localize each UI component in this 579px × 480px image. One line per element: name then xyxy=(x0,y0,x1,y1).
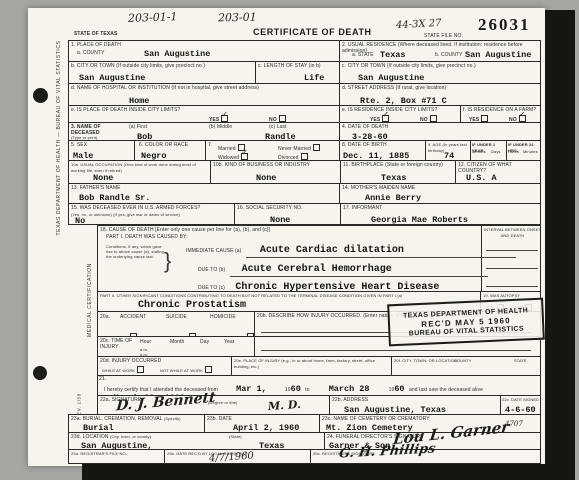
field-usual-occupation: 10a. USUAL OCCUPATION (Give kind of work… xyxy=(68,160,211,184)
field-if-under-24-hrs: IF UNDER 24 HRS. Hours Minutes xyxy=(506,140,541,161)
under-24-hrs-minutes-label: Minutes xyxy=(523,149,538,155)
scanned-death-certificate: 203-01-1 203-01 STATE OF TEXAS CERTIFICA… xyxy=(0,0,579,480)
punch-hole-bottom xyxy=(33,366,47,380)
received-stamp: TEXAS DEPARTMENT OF HEALTH REC'D MAY 5 1… xyxy=(387,298,545,347)
middle-name-label: (b) Middle xyxy=(209,124,232,130)
scan-bottom-band xyxy=(82,464,575,480)
last-name-label: (c) Last xyxy=(269,124,286,130)
date-recd-value: 4/7/1960 xyxy=(209,450,255,464)
field-physician-address: 22b. ADDRESS San Augustine, Texas xyxy=(329,395,501,415)
never-married-label: Never Married xyxy=(278,146,311,152)
never-married-checkbox xyxy=(313,144,320,151)
death-city-limits-yes-checkbox xyxy=(221,115,228,122)
residence-state-value: Texas xyxy=(380,50,406,60)
under-1-year-days-label: Days xyxy=(491,149,501,155)
race-label: 6. COLOR OR RACE xyxy=(139,142,188,148)
location-sub-label: (City, town, or county) xyxy=(110,434,151,439)
field-city-of-residence: c. CITY OR TOWN (If outside city limits,… xyxy=(339,61,541,84)
field-armed-forces: 15. WAS DECEASED EVER IN U.S. ARMED FORC… xyxy=(68,203,235,225)
field-social-security-no: 16. SOCIAL SECURITY NO. None xyxy=(234,203,341,225)
mother-label: 14. MOTHER'S MAIDEN NAME xyxy=(342,185,415,191)
injury-occurred-label: 20d. INJURY OCCURRED xyxy=(100,358,161,364)
handwritten-code-1: 203-01-1 xyxy=(128,10,178,25)
injury-state-label: STATE xyxy=(514,358,527,364)
armed-forces-label: 15. WAS DECEASED EVER IN U.S. ARMED FORC… xyxy=(71,205,233,211)
field-street-address: d. STREET ADDRESS (If rural, give locati… xyxy=(339,83,541,106)
field-registrar-signature: 25c. REGISTRAR'S SIGNATURE G. H. Phillip… xyxy=(310,449,541,464)
length-of-stay-label: c. LENGTH OF STAY (in b) xyxy=(258,63,338,69)
widowed-checkbox xyxy=(241,153,248,160)
field-registrar-file-no: 25a. REGISTRAR'S FILE NO. xyxy=(68,449,165,464)
field-fathers-name: 13. FATHER'S NAME Bob Randle Sr. xyxy=(68,183,340,204)
field-time-of-injury: 20c. TIME OF INJURY Hour Month Day Year … xyxy=(97,336,255,357)
city-of-death-value: San Augustine xyxy=(79,73,145,83)
year-label: Year xyxy=(224,339,235,345)
homicide-label: HOMICIDE xyxy=(210,314,236,320)
length-of-stay-value: Life xyxy=(304,73,324,83)
field-death-inside-city-limits: e. IS PLACE OF DEATH INSIDE CITY LIMITS?… xyxy=(68,105,340,123)
place-of-death-label: 1. PLACE OF DEATH xyxy=(71,42,121,48)
field-place-of-injury: 20e. PLACE OF INJURY (e.g., in or about … xyxy=(231,356,392,376)
brace-glyph: } xyxy=(164,248,171,274)
occupation-value: None xyxy=(93,173,113,183)
side-dept-label: TEXAS DEPARTMENT OF HEALTH — BUREAU OF V… xyxy=(56,41,62,236)
part2-label: PART II. OTHER SIGNIFICANT CONDITIONS CO… xyxy=(100,293,478,299)
physician-degree-script: M. D. xyxy=(268,398,302,413)
divorced-checkbox xyxy=(301,153,308,160)
field-sex: 5. SEX Male xyxy=(68,140,135,161)
residence-county-value: San Augustine xyxy=(465,50,531,60)
injury-county-label: COUNTY xyxy=(454,358,472,364)
field-age: 9. AGE (In years last birthday) 74 xyxy=(425,140,471,161)
field-date-recd-registrar: 25b. DATE REC'D BY LOCAL REGISTRAR 4/7/1… xyxy=(164,449,311,464)
field-cause-of-death: 18. CAUSE OF DEATH [Enter only one cause… xyxy=(97,225,541,292)
field-place-of-death: 1. PLACE OF DEATH a. COUNTY San Augustin… xyxy=(68,40,340,62)
field-informant: 17. INFORMANT Georgia Mae Roberts xyxy=(340,203,541,225)
location-state-sub-label: (State) xyxy=(229,434,242,440)
field-residence-on-farm: f. IS RESIDENCE ON A FARM? YES NO xyxy=(460,105,541,123)
date-signed-label: 22c. DATE SIGNED xyxy=(502,397,539,403)
under-24-hrs-hours-label: Hours xyxy=(508,149,519,155)
field-physician-signature: 22a. SIGNATURE (Degree or title) D. J. B… xyxy=(97,395,330,415)
hospital-label: d. NAME OF HOSPITAL OR INSTITUTION (If n… xyxy=(71,85,301,91)
residence-county-label: b. COUNTY xyxy=(435,52,463,58)
funeral-director-note: 4707 xyxy=(505,420,523,428)
residence-city-limits-no-checkbox xyxy=(430,115,437,122)
not-while-at-work-label: NOT WHILE AT WORK xyxy=(160,368,203,373)
residence-farm-yes-checkbox xyxy=(481,115,488,122)
state-file-number: 26031 xyxy=(478,15,531,35)
conditions-note-text: Conditions, if any, which gave rise to a… xyxy=(106,244,164,259)
date-of-death-label: 4. DATE OF DEATH xyxy=(342,124,388,130)
state-of-texas-label: STATE OF TEXAS xyxy=(74,31,117,37)
suicide-label: SUICIDE xyxy=(166,314,187,320)
field-city-of-death: b. CITY OR TOWN (If outside city limits,… xyxy=(68,61,256,84)
month-label: Month xyxy=(170,339,184,345)
field-burial-location: 23d. LOCATION (City, town, or county) Sa… xyxy=(68,432,325,450)
father-value: Bob Randle Sr. xyxy=(79,193,150,203)
date-of-birth-label: 8. DATE OF BIRTH xyxy=(342,142,387,148)
mother-value: Annie Berry xyxy=(365,193,421,203)
city-of-residence-value: San Augustine xyxy=(358,73,424,83)
location-label: 23d. LOCATION xyxy=(71,434,109,440)
field-injury-occurred: 20d. INJURY OCCURRED WHILE AT WORK NOT W… xyxy=(97,356,232,376)
field-birthplace: 11. BIRTHPLACE (State or foreign country… xyxy=(340,160,456,184)
ssn-label: 16. SOCIAL SECURITY NO. xyxy=(237,205,303,211)
burial-date-label: 23b. DATE xyxy=(207,416,232,422)
time-of-injury-label: 20c. TIME OF INJURY xyxy=(100,338,134,350)
state-file-no-label: STATE FILE NO. xyxy=(424,33,463,39)
cause-of-death-label: 18. CAUSE OF DEATH [Enter only one cause… xyxy=(100,227,400,233)
sex-label: 5. SEX xyxy=(71,142,87,148)
not-while-at-work-checkbox xyxy=(205,366,212,373)
interval-label: INTERVAL BETWEEN ONSET AND DEATH xyxy=(482,226,543,239)
residence-farm-no-checkbox xyxy=(519,115,526,122)
field-marital-status: 7. Married Never Married Widowed Divorce… xyxy=(205,140,340,161)
part1-label: PART I. DEATH WAS CAUSED BY: xyxy=(106,234,188,240)
certificate-title: CERTIFICATE OF DEATH xyxy=(253,27,372,37)
county-value: San Augustine xyxy=(144,49,210,59)
street-address-label: d. STREET ADDRESS (If rural, give locati… xyxy=(342,85,538,91)
scan-right-band xyxy=(545,10,575,480)
first-name-label: (a) First xyxy=(129,124,147,130)
address-label: 22b. ADDRESS xyxy=(332,397,368,403)
field-usual-residence: 2. USUAL RESIDENCE (Where deceased lived… xyxy=(339,40,541,62)
registrar-file-no-label: 25a. REGISTRAR'S FILE NO. xyxy=(71,451,127,457)
residence-city-limits-yes-checkbox xyxy=(382,115,389,122)
marital-number-label: 7. xyxy=(208,142,212,148)
part2-value: Chronic Prostatism xyxy=(138,300,246,311)
burial-label: 23a. BURIAL, CREMATION, REMOVAL xyxy=(71,416,162,422)
field-date-signed: 22c. DATE SIGNED 4-6-60 xyxy=(500,395,541,415)
cemetery-label: 23c. NAME OF CEMETERY OR CREMATORY xyxy=(322,416,430,422)
birthplace-value: Texas xyxy=(381,173,407,183)
hour-label: Hour xyxy=(140,339,151,345)
immediate-cause-value: Acute Cardiac dilatation xyxy=(260,245,404,256)
informant-label: 17. INFORMANT xyxy=(343,205,382,211)
occupation-label: 10a. USUAL OCCUPATION (Give kind of work… xyxy=(71,162,209,174)
while-at-work-checkbox xyxy=(137,366,144,373)
while-at-work-label: WHILE AT WORK xyxy=(102,368,135,373)
item-20a-label: 20a. xyxy=(100,314,110,320)
field-kind-of-business: 10b. KIND OF BUSINESS OR INDUSTRY None xyxy=(210,160,341,184)
injury-city-label: 20f. CITY, TOWN, OR LOCATION xyxy=(394,358,457,364)
city-of-death-label: b. CITY OR TOWN (If outside city limits,… xyxy=(71,63,253,69)
field-length-of-stay: c. LENGTH OF STAY (in b) Life xyxy=(255,61,340,84)
handwritten-code-2: 203-01 xyxy=(218,11,257,25)
field-date-of-death: 4. DATE OF DEATH 3-28-60 xyxy=(339,122,541,141)
conditions-note: Conditions, if any, which gave rise to a… xyxy=(106,244,164,259)
field-date-of-birth: 8. DATE OF BIRTH Dec. 11, 1885 xyxy=(339,140,426,161)
father-label: 13. FATHER'S NAME xyxy=(71,185,121,191)
residence-state-label: a. STATE xyxy=(352,52,374,58)
married-label: Married xyxy=(218,146,236,152)
field-injury-city-county-state: 20f. CITY, TOWN, OR LOCATION COUNTY STAT… xyxy=(391,356,541,376)
due-to-b-label: DUE TO (b) xyxy=(198,267,225,273)
armed-forces-value: No xyxy=(75,216,85,226)
accident-label: ACCIDENT xyxy=(120,314,146,320)
field-accident-suicide-homicide: 20a. ACCIDENT SUICIDE HOMICIDE xyxy=(97,311,255,337)
side-medical-certification-label: MEDICAL CERTIFICATION xyxy=(87,263,93,337)
due-to-b-value: Acute Cerebral Hemorrhage xyxy=(242,264,392,275)
county-label: a. COUNTY xyxy=(77,50,105,56)
field-color-or-race: 6. COLOR OR RACE Negro xyxy=(134,140,206,161)
field-name-of-deceased: 3. NAME OF DECEASED (Type or print) (a) … xyxy=(68,122,340,141)
immediate-cause-label: IMMEDIATE CAUSE (a) xyxy=(186,248,241,254)
punch-hole-top xyxy=(33,88,48,103)
birthplace-label: 11. BIRTHPLACE (State or foreign country… xyxy=(343,162,453,168)
citizen-value: U.S. A xyxy=(466,173,497,183)
field-citizen-of: 12. CITIZEN OF WHAT COUNTRY? U.S. A xyxy=(455,160,541,184)
business-value: None xyxy=(256,173,276,183)
death-city-limits-label: e. IS PLACE OF DEATH INSIDE CITY LIMITS? xyxy=(71,107,180,113)
field-residence-inside-city-limits: e. IS RESIDENCE INSIDE CITY LIMITS? YES … xyxy=(339,105,461,123)
business-label: 10b. KIND OF BUSINESS OR INDUSTRY xyxy=(213,162,339,168)
field-hospital-or-institution: d. NAME OF HOSPITAL OR INSTITUTION (If n… xyxy=(68,83,340,106)
field-burial-date: 23b. DATE April 2, 1960 xyxy=(204,414,320,433)
day-label: Day xyxy=(200,339,209,345)
field-burial-cremation: 23a. BURIAL, CREMATION, REMOVAL (Specify… xyxy=(68,414,205,433)
informant-value: Georgia Mae Roberts xyxy=(371,215,468,225)
under-1-year-months-label: Months xyxy=(472,149,486,155)
field-mothers-maiden-name: 14. MOTHER'S MAIDEN NAME Annie Berry xyxy=(339,183,541,204)
armed-forces-sub-label: (Yes, no, or unknown) (If yes, give war … xyxy=(71,212,233,218)
place-of-injury-label: 20e. PLACE OF INJURY (e.g., in or about … xyxy=(234,358,389,370)
field-certification-statement: 21. I hereby certify that I attended the… xyxy=(97,375,541,396)
field-if-under-1-year: IF UNDER 1 YEAR Months Days xyxy=(470,140,507,161)
interval-column: INTERVAL BETWEEN ONSET AND DEATH xyxy=(481,226,543,293)
residence-city-limits-label: e. IS RESIDENCE INSIDE CITY LIMITS? xyxy=(342,107,437,113)
death-city-limits-no-checkbox xyxy=(279,115,286,122)
ssn-value: None xyxy=(270,215,290,225)
city-of-residence-label: c. CITY OR TOWN (If outside city limits,… xyxy=(342,63,538,69)
burial-sub-label: (Specify) xyxy=(164,416,181,421)
